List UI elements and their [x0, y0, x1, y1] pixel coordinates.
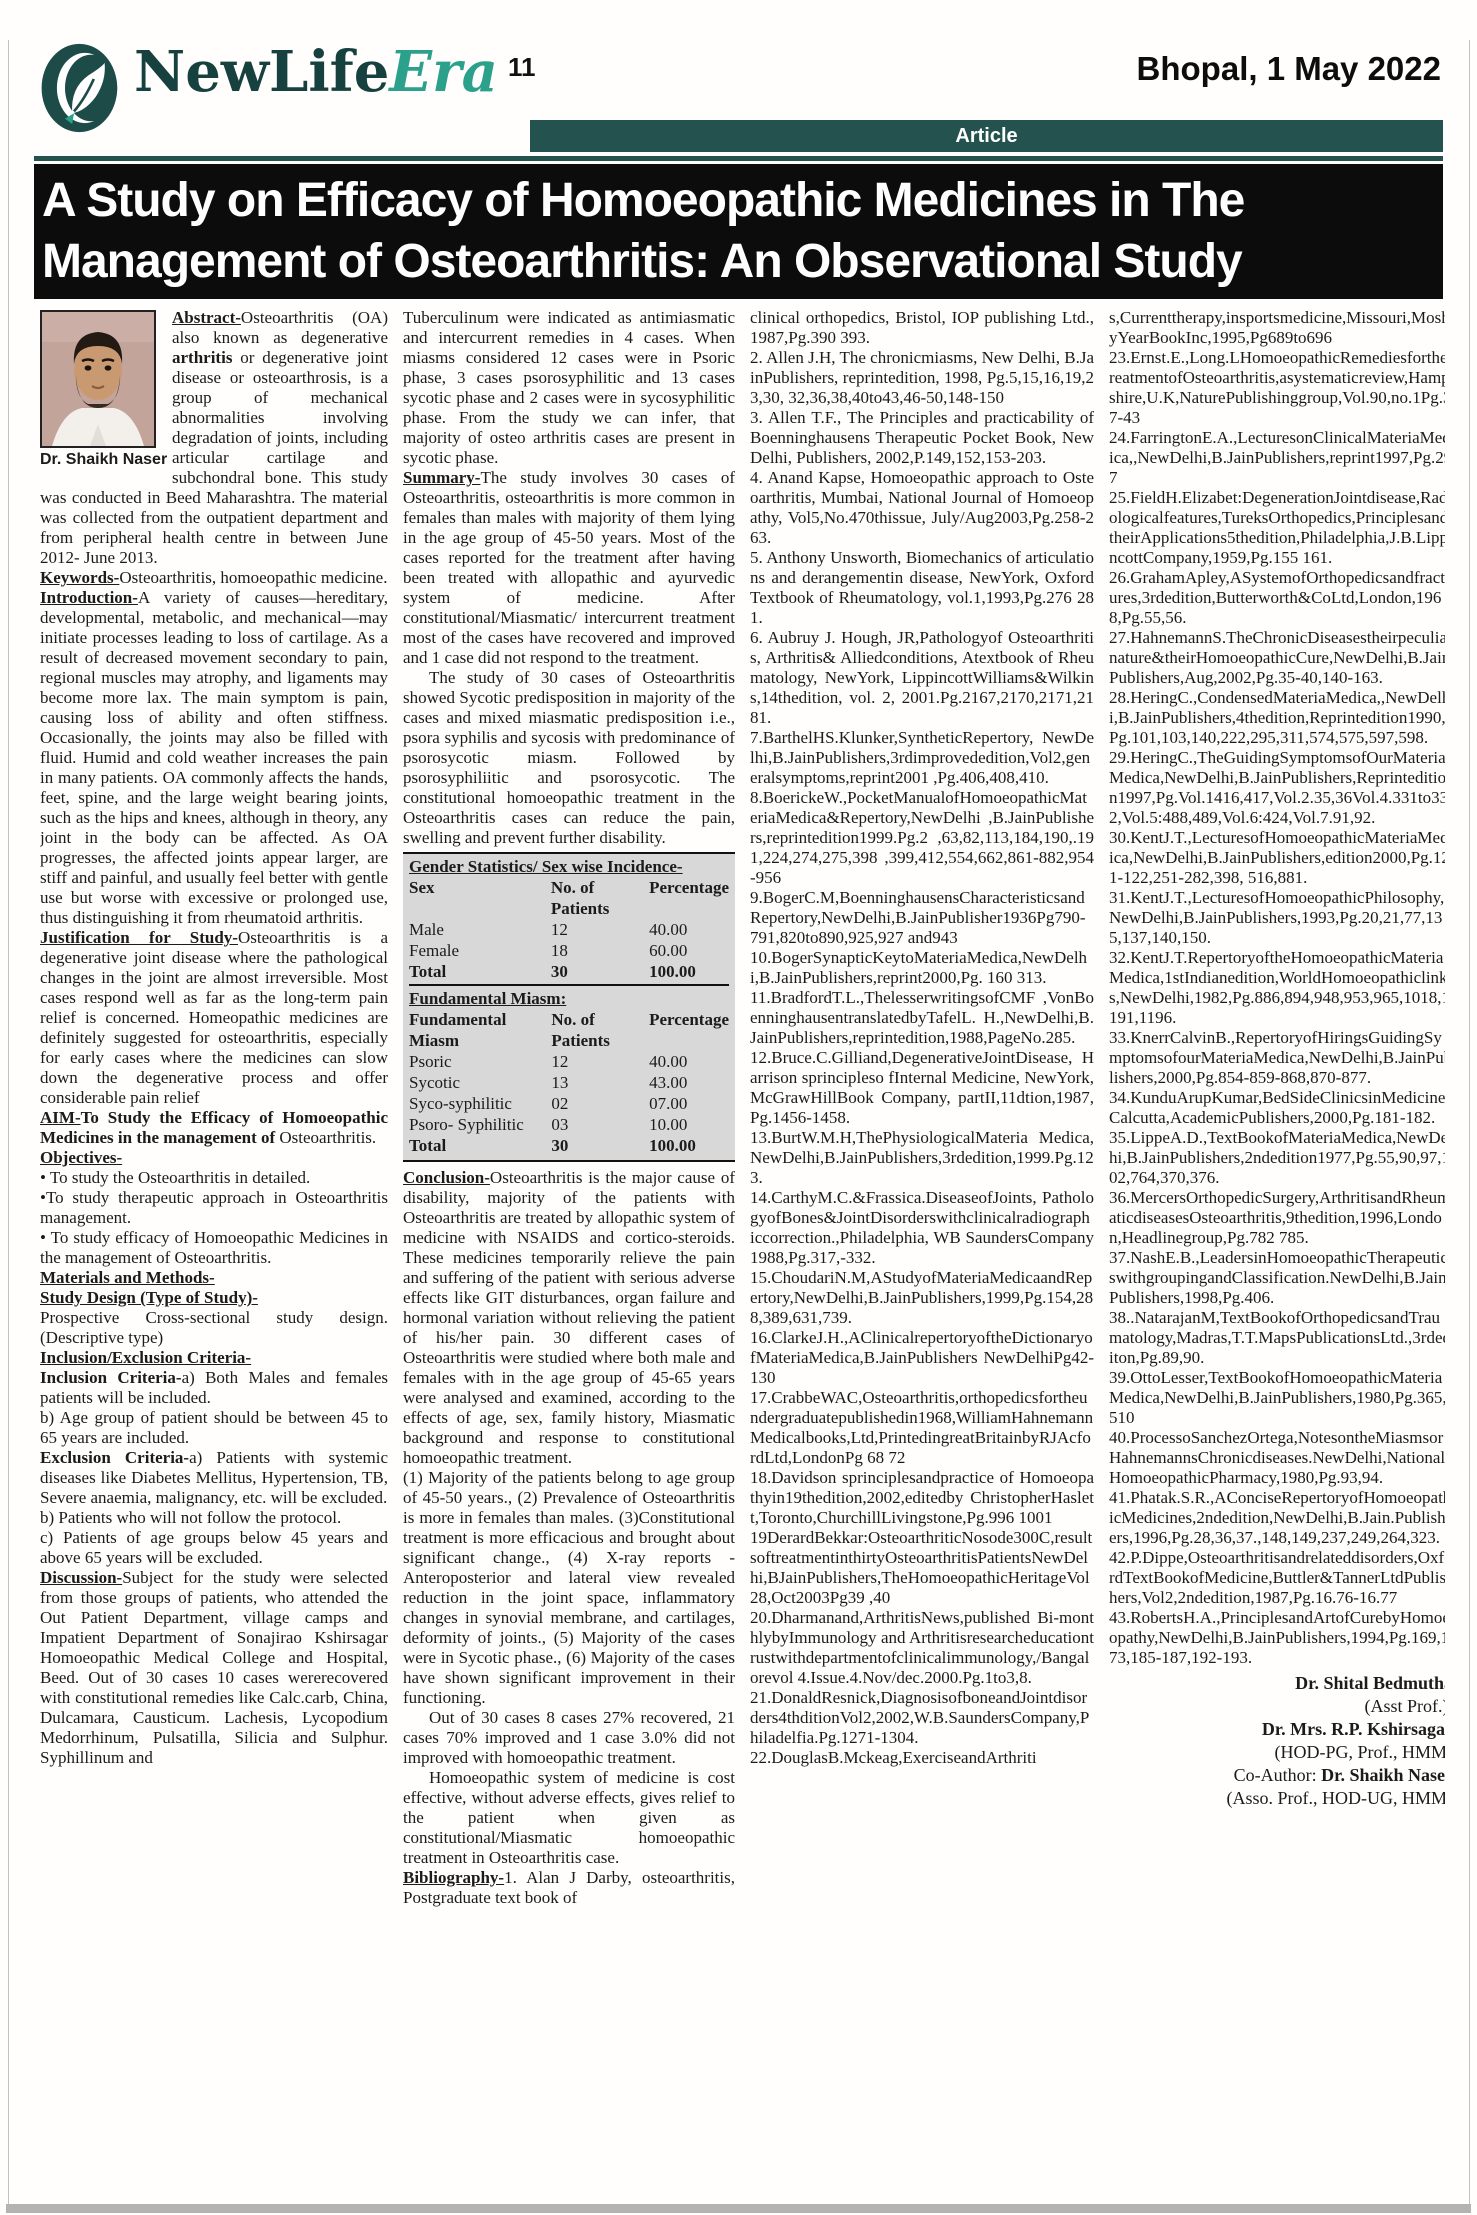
reference-entry: 10.BogerSynapticKeytoMateriaMedica,NewDe… — [750, 948, 1094, 988]
column-3-bibliography: clinical orthopedics, Bristol, IOP publi… — [750, 308, 1094, 2143]
page-border-right — [1469, 40, 1470, 2207]
paragraph: Homoeopathic system of medicine is cost … — [403, 1768, 735, 1868]
author-photo-block: Dr. Shaikh Naser — [40, 310, 162, 469]
table-row: Psoric1240.00 — [409, 1051, 729, 1072]
credit-role: (HOD-PG, Prof., HMM) — [1109, 1741, 1445, 1764]
reference-entry: 27.HahnemannS.TheChronicDiseasestheirpec… — [1109, 628, 1445, 688]
reference-entry: 14.CarthyM.C.&Frassica.DiseaseofJoints, … — [750, 1188, 1094, 1268]
sex-incidence-table: SexNo. of PatientsPercentageMale1240.00F… — [409, 877, 729, 982]
brand-era: Era — [389, 39, 497, 105]
section-bar: Article — [530, 120, 1443, 152]
paragraph: (1) Majority of the patients belong to a… — [403, 1468, 735, 1708]
dateline: Bhopal, 1 May 2022 — [1137, 50, 1441, 88]
section-label: Article — [955, 125, 1017, 148]
reference-entry: 25.FieldH.Elizabet:DegenerationJointdise… — [1109, 488, 1445, 568]
fundamental-miasm-table: Fundamental MiasmNo. of PatientsPercenta… — [409, 1009, 729, 1156]
credit-name: Dr. Mrs. R.P. Kshirsagar — [1109, 1718, 1445, 1741]
table-row: Fundamental MiasmNo. of PatientsPercenta… — [409, 1009, 729, 1051]
table-row: SexNo. of PatientsPercentage — [409, 877, 729, 919]
reference-entry: 43.RobertsH.A.,PrinciplesandArtofCurebyH… — [1109, 1608, 1445, 1668]
column-2: Tuberculinum were indicated as antimiasm… — [403, 308, 735, 2143]
gender-statistics-table: Gender Statistics/ Sex wise Incidence- S… — [403, 852, 735, 1162]
reference-entry: 3. Allen T.F., The Principles and practi… — [750, 408, 1094, 468]
table-title-gender: Gender Statistics/ Sex wise Incidence- — [409, 856, 729, 877]
reference-entry: 2. Allen J.H, The chronicmiasms, New Del… — [750, 348, 1094, 408]
paragraph: • To study efficacy of Homoeopathic Medi… — [40, 1228, 388, 1268]
reference-entry: 32.KentJ.T.RepertoryoftheHomoeopathicMat… — [1109, 948, 1445, 1028]
table-row: Total30100.00 — [409, 961, 729, 982]
reference-entry: s,Currenttherapy,insportsmedicine,Missou… — [1109, 308, 1445, 348]
paragraph: Keywords-Osteoarthritis, homoeopathic me… — [40, 568, 388, 588]
table-title-miasm: Fundamental Miasm: — [409, 984, 729, 1009]
paragraph: Bibliography-1. Alan J Darby, osteoarthr… — [403, 1868, 735, 1908]
paragraph: Summary-The study involves 30 cases of O… — [403, 468, 735, 668]
page-border-left — [8, 40, 9, 2207]
paragraph: Out of 30 cases 8 cases 27% recovered, 2… — [403, 1708, 735, 1768]
paragraph: AIM-To Study the Efficacy of Homoeopathi… — [40, 1108, 388, 1148]
column-4-bibliography: s,Currenttherapy,insportsmedicine,Missou… — [1109, 308, 1445, 2143]
paragraph: c) Patients of age groups below 45 years… — [40, 1528, 388, 1568]
paragraph: b) Patients who will not follow the prot… — [40, 1508, 388, 1528]
paragraph: Prospective Cross-sectional study design… — [40, 1308, 388, 1348]
column-1: Dr. Shaikh Naser Abstract-Osteoarthritis… — [40, 308, 388, 2143]
reference-entry: 12.Bruce.C.Gilliand,DegenerativeJointDis… — [750, 1048, 1094, 1128]
paragraph: Objectives- — [40, 1148, 388, 1168]
reference-entry: 26.GrahamApley,ASystemofOrthopedicsandfr… — [1109, 568, 1445, 628]
credit-role: (Asso. Prof., HOD-UG, HMM) — [1109, 1787, 1445, 1810]
reference-entry: 40.ProcessoSanchezOrtega,NotesontheMiasm… — [1109, 1428, 1445, 1488]
article-headline: A Study on Efficacy of Homoeopathic Medi… — [34, 164, 1443, 299]
paragraph: • To study the Osteoarthritis in detaile… — [40, 1168, 388, 1188]
reference-entry: 5. Anthony Unsworth, Biomechanics of art… — [750, 548, 1094, 628]
reference-entry: 38..NatarajanM,TextBookofOrthopedicsandT… — [1109, 1308, 1445, 1368]
reference-entry: 28.HeringC.,CondensedMateriaMedica,,NewD… — [1109, 688, 1445, 748]
paragraph: Introduction-A variety of causes—heredit… — [40, 588, 388, 928]
reference-entry: clinical orthopedics, Bristol, IOP publi… — [750, 308, 1094, 348]
reference-entry: 37.NashE.B.,LeadersinHomoeopathicTherape… — [1109, 1248, 1445, 1308]
paragraph: Inclusion Criteria-a) Both Males and fem… — [40, 1368, 388, 1408]
reference-entry: 17.CrabbeWAC,Osteoarthritis,orthopedicsf… — [750, 1388, 1094, 1468]
credit-name: Co-Author: Dr. Shaikh Naser — [1109, 1764, 1445, 1787]
paragraph: Tuberculinum were indicated as antimiasm… — [403, 308, 735, 468]
reference-entry: 31.KentJ.T.,LecturesofHomoeopathicPhilos… — [1109, 888, 1445, 948]
newspaper-page: NewLifeEra 11 Bhopal, 1 May 2022 Article… — [0, 0, 1477, 2215]
reference-entry: 30.KentJ.T.,LecturesofHomoeopathicMateri… — [1109, 828, 1445, 888]
credit-name: Dr. Shital Bedmutha — [1109, 1672, 1445, 1695]
paragraph: The study of 30 cases of Osteoarthritis … — [403, 668, 735, 848]
table-row: Total30100.00 — [409, 1135, 729, 1156]
reference-entry: 7.BarthelHS.Klunker,SyntheticRepertory, … — [750, 728, 1094, 788]
reference-entry: 34.KunduArupKumar,BedSideClinicsinMedici… — [1109, 1088, 1445, 1128]
reference-entry: 18.Davidson sprinciplesandpractice of Ho… — [750, 1468, 1094, 1528]
reference-entry: 11.BradfordT.L.,ThelesserwritingsofCMF ,… — [750, 988, 1094, 1048]
reference-entry: 39.OttoLesser,TextBookofHomoeopathicMate… — [1109, 1368, 1445, 1428]
reference-entry: 13.BurtW.M.H,ThePhysiologicalMateria Med… — [750, 1128, 1094, 1188]
newlife-era-logo-icon — [38, 40, 128, 136]
reference-entry: 19DerardBekkar:OsteoarthriticNosode300C,… — [750, 1528, 1094, 1608]
author-credits: Dr. Shital Bedmutha(Asst Prof.),Dr. Mrs.… — [1109, 1672, 1445, 1810]
paragraph: Materials and Methods- — [40, 1268, 388, 1288]
credit-role: (Asst Prof.), — [1109, 1695, 1445, 1718]
paragraph: •To study therapeutic approach in Osteoa… — [40, 1188, 388, 1228]
headline-line-1: A Study on Efficacy of Homoeopathic Medi… — [42, 170, 1435, 231]
paragraph: Justification for Study-Osteoarthritis i… — [40, 928, 388, 1108]
column-4-references: s,Currenttherapy,insportsmedicine,Missou… — [1109, 308, 1445, 1668]
reference-entry: 36.MercersOrthopedicSurgery,Arthritisand… — [1109, 1188, 1445, 1248]
reference-entry: 22.DouglasB.Mckeag,ExerciseandArthriti — [750, 1748, 1094, 1768]
column-2-top: Tuberculinum were indicated as antimiasm… — [403, 308, 735, 848]
table-row: Syco-syphilitic0207.00 — [409, 1093, 729, 1114]
reference-entry: 42.P.Dippe,Osteoarthritisandrelateddisor… — [1109, 1548, 1445, 1608]
paragraph: b) Age group of patient should be betwee… — [40, 1408, 388, 1448]
reference-entry: 35.LippeA.D.,TextBookofMateriaMedica,New… — [1109, 1128, 1445, 1188]
reference-entry: 9.BogerC.M,BoenninghausensCharacteristic… — [750, 888, 1094, 948]
table-row: Sycotic1343.00 — [409, 1072, 729, 1093]
table-row: Female1860.00 — [409, 940, 729, 961]
reference-entry: 8.BoerickeW.,PocketManualofHomoeopathicM… — [750, 788, 1094, 888]
paragraph: Exclusion Criteria-a) Patients with syst… — [40, 1448, 388, 1508]
reference-entry: 23.Ernst.E.,Long.LHomoeopathicRemediesfo… — [1109, 348, 1445, 428]
column-2-bottom: Conclusion-Osteoarthritis is the major c… — [403, 1168, 735, 1908]
reference-entry: 6. Aubruy J. Hough, JR,Pathologyof Osteo… — [750, 628, 1094, 728]
table-row: Male1240.00 — [409, 919, 729, 940]
article-body: Dr. Shaikh Naser Abstract-Osteoarthritis… — [40, 308, 1445, 2143]
reference-entry: 41.Phatak.S.R.,AConciseRepertoryofHomoeo… — [1109, 1488, 1445, 1548]
reference-entry: 29.HeringC.,TheGuidingSymptomsofOurMater… — [1109, 748, 1445, 828]
reference-entry: 16.ClarkeJ.H.,AClinicalrepertoryoftheDic… — [750, 1328, 1094, 1388]
paragraph: Study Design (Type of Study)- — [40, 1288, 388, 1308]
reference-entry: 33.KnerrCalvinB.,RepertoryofHiringsGuidi… — [1109, 1028, 1445, 1088]
paragraph: Inclusion/Exclusion Criteria- — [40, 1348, 388, 1368]
page-number: 11 — [508, 52, 536, 83]
page-bottom-bar — [6, 2204, 1471, 2213]
paragraph: Conclusion-Osteoarthritis is the major c… — [403, 1168, 735, 1468]
reference-entry: 24.FarringtonE.A.,LecturesonClinicalMate… — [1109, 428, 1445, 488]
masthead-brand: NewLifeEra — [134, 44, 498, 100]
masthead-divider-rule — [34, 156, 1443, 161]
reference-entry: 15.ChoudariN.M,AStudyofMateriaMedicaandR… — [750, 1268, 1094, 1328]
headline-line-2: Management of Osteoarthritis: An Observa… — [42, 231, 1435, 292]
table-row: Psoro- Syphilitic0310.00 — [409, 1114, 729, 1135]
brand-newlife: NewLife — [134, 39, 389, 105]
photo-caption: Dr. Shaikh Naser — [40, 451, 162, 469]
reference-entry: 21.DonaldResnick,DiagnosisofboneandJoint… — [750, 1688, 1094, 1748]
reference-entry: 4. Anand Kapse, Homoeopathic approach to… — [750, 468, 1094, 548]
reference-entry: 20.Dharmanand,ArthritisNews,published Bi… — [750, 1608, 1094, 1688]
author-photo — [40, 310, 156, 448]
paragraph: Discussion-Subject for the study were se… — [40, 1568, 388, 1768]
